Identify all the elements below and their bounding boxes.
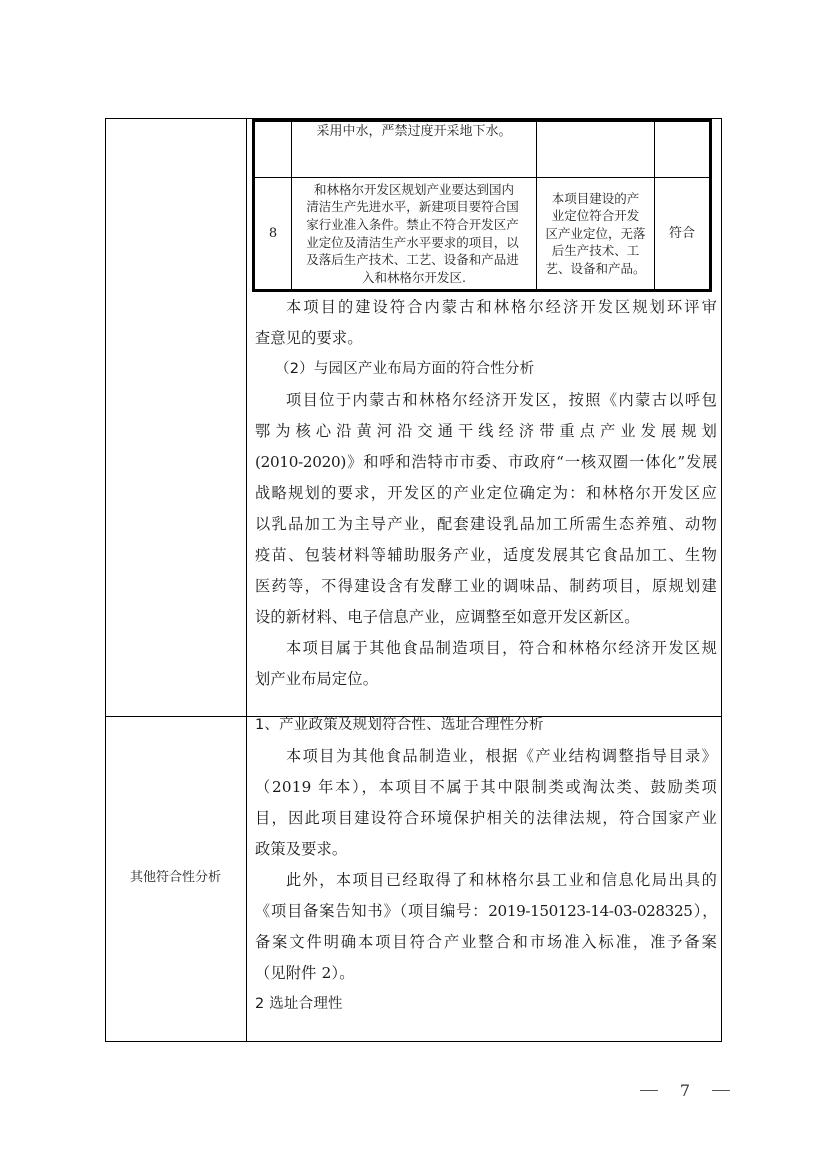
policy-line: 本项目为其他食品制造业，根据《产业结构调整指导目录》 <box>255 741 717 772</box>
filing-line: 《项目备案告知书》（项目编号：2019-150123-14-03-028325）… <box>255 896 717 927</box>
section2-text-block: 1、产业政策及规划符合性、选址合理性分析 本项目为其他食品制造业，根据《产业结构… <box>255 710 717 1020</box>
policy-line: 政策及要求。 <box>255 834 717 865</box>
filing-line: 此外，本项目已经取得了和林格尔县工业和信息化局出具的 <box>255 865 717 896</box>
conclusion-line: 查意见的要求。 <box>255 323 717 354</box>
row-8-project-cell: 本项目建设的产 业定位符合开发 区产业定位，无落 后生产技术、工 艺、设备和产品… <box>537 178 654 289</box>
subheading-industrial-layout: （2）与园区产业布局方面的符合性分析 <box>255 354 717 385</box>
body-line: (2010-2020)》和呼和浩特市市委、市政府“一核双圈一体化”发展 <box>255 447 717 478</box>
body-line: 医药等，不得建设含有发酵工业的调味品、制药项目，原规划建 <box>255 571 717 602</box>
row-8-result-cell: 符合 <box>655 178 709 289</box>
body-line: 疫苗、包装材料等辅助服务产业，适度发展其它食品加工、生物 <box>255 540 717 571</box>
prev-row-requirement-text: 采用中水，严禁过度开采地下水。 <box>316 123 511 140</box>
requirement-line: 家行业准入条件。禁止不符合开发区产 <box>306 216 519 234</box>
policy-line: （2019 年本），本项目不属于其中限制类或淘汰类、鼓励类项 <box>255 772 717 803</box>
project-line: 区产业定位，无落 <box>545 225 645 243</box>
row-8-number: 8 <box>269 225 277 242</box>
layout-conclusion-line: 本项目属于其他食品制造项目，符合和林格尔经济开发区规 <box>255 633 717 664</box>
body-line: 以乳品加工为主导产业，配套建设乳品加工所需生态养殖、动物 <box>255 509 717 540</box>
requirement-line: 入和林格尔开发区. <box>362 269 466 287</box>
page-number: 7 <box>680 1081 690 1100</box>
requirement-line: 清洁生产先进水平，新建项目要符合国 <box>306 198 519 216</box>
page-number-footer: 7 <box>640 1081 730 1100</box>
section1-text-block: 本项目的建设符合内蒙古和林格尔经济开发区规划环评审 查意见的要求。 （2）与园区… <box>255 292 717 695</box>
body-line: 战略规划的要求，开发区的产业定位确定为：和林格尔开发区应 <box>255 478 717 509</box>
outer-table-column-divider <box>246 118 247 1042</box>
page-number-dash-right <box>712 1090 730 1091</box>
body-line: 设的新材料、电子信息产业，应调整至如意开发区新区。 <box>255 602 717 633</box>
row-label-other-compliance: 其他符合性分析 <box>105 866 246 885</box>
outer-table-bottom-border <box>105 1041 722 1042</box>
requirement-line: 及落后生产技术、工艺、设备和产品进 <box>306 251 519 269</box>
section2-heading: 1、产业政策及规划符合性、选址合理性分析 <box>255 710 717 741</box>
filing-line: 备案文件明确本项目符合产业整合和市场准入标准，准予备案 <box>255 927 717 958</box>
row-8-result: 符合 <box>669 225 695 242</box>
outer-table-left-border <box>105 118 106 1042</box>
prev-row-requirement-cell: 采用中水，严禁过度开采地下水。 <box>292 122 536 140</box>
conclusion-line: 本项目的建设符合内蒙古和林格尔经济开发区规划环评审 <box>255 292 717 323</box>
policy-line: 目，因此项目建设符合环境保护相关的法律法规，符合国家产业 <box>255 803 717 834</box>
nested-requirements-table: 采用中水，严禁过度开采地下水。 8 和林格尔开发区规划产业要达到国内 清洁生产先… <box>252 119 712 292</box>
requirement-line: 和林格尔开发区规划产业要达到国内 <box>314 181 514 199</box>
project-line: 艺、设备和产品。 <box>545 260 645 278</box>
body-line: 项目位于内蒙古和林格尔经济开发区，按照《内蒙古以呼包 <box>255 385 717 416</box>
outer-table-right-border <box>721 118 722 1042</box>
project-line: 本项目建设的产 <box>552 190 640 208</box>
section2-subheading-site: 2 选址合理性 <box>255 989 717 1020</box>
page-number-dash-left <box>640 1090 658 1091</box>
filing-line: （见附件 2）。 <box>255 958 717 989</box>
requirement-line: 业定位及清洁生产水平要求的项目，以 <box>306 234 519 252</box>
row-8-requirement-cell: 和林格尔开发区规划产业要达到国内 清洁生产先进水平，新建项目要符合国 家行业准入… <box>292 178 536 289</box>
document-page: 采用中水，严禁过度开采地下水。 8 和林格尔开发区规划产业要达到国内 清洁生产先… <box>0 0 827 1169</box>
project-line: 后生产技术、工 <box>552 242 640 260</box>
body-line: 鄂为核心沿黄河沿交通干线经济带重点产业发展规划 <box>255 416 717 447</box>
row-8-number-cell: 8 <box>255 178 291 289</box>
layout-conclusion-line: 划产业布局定位。 <box>255 664 717 695</box>
project-line: 业定位符合开发 <box>552 207 640 225</box>
